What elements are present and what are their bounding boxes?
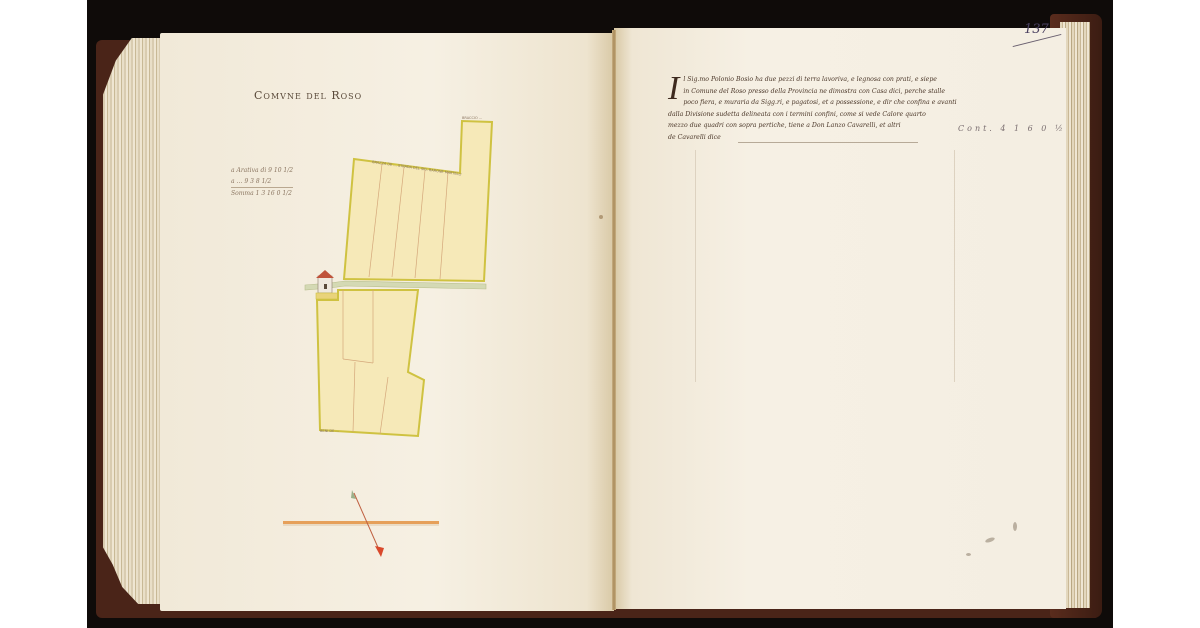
- deed-text: I l Sig.mo Polonio Bosio ha due pezzi di…: [668, 74, 968, 143]
- ink-stain: [966, 553, 971, 556]
- lower-parcel: [317, 290, 424, 436]
- ink-stain: [599, 215, 603, 219]
- deed-initial: I: [668, 74, 679, 104]
- deed-line: mezzo due quadri con sopra pertiche, tie…: [668, 120, 968, 132]
- svg-text:BENI DE …: BENI DE …: [320, 429, 339, 433]
- deed-line: dalla Divisione sudetta delineata con i …: [668, 109, 968, 121]
- deed-amount: Cont. 4 1 6 0 ½: [958, 124, 1066, 133]
- deed-amount-value: 4 1 6 0 ½: [1000, 124, 1065, 133]
- svg-text:BRACCIO …: BRACCIO …: [462, 116, 483, 120]
- folio-number: 137: [1024, 22, 1049, 37]
- deed-line: in Comune del Roso presso della Provinci…: [683, 86, 968, 98]
- scale-bar: [283, 521, 439, 525]
- ink-stain: [1013, 522, 1017, 531]
- deed-closing: Cont.: [958, 124, 995, 133]
- upper-parcel: [344, 121, 492, 281]
- deed-closing-rule: [738, 142, 918, 143]
- ruled-margin-lines: [695, 150, 955, 382]
- deed-line: poco fiera, e muraria da Sigg.ri, e paga…: [683, 97, 968, 109]
- deed-line: l Sig.mo Polonio Bosio ha due pezzi di t…: [683, 74, 968, 86]
- cadastral-map: BRAZZA DE … STRADA DEL SIG. BARONE MARTE…: [0, 0, 1200, 628]
